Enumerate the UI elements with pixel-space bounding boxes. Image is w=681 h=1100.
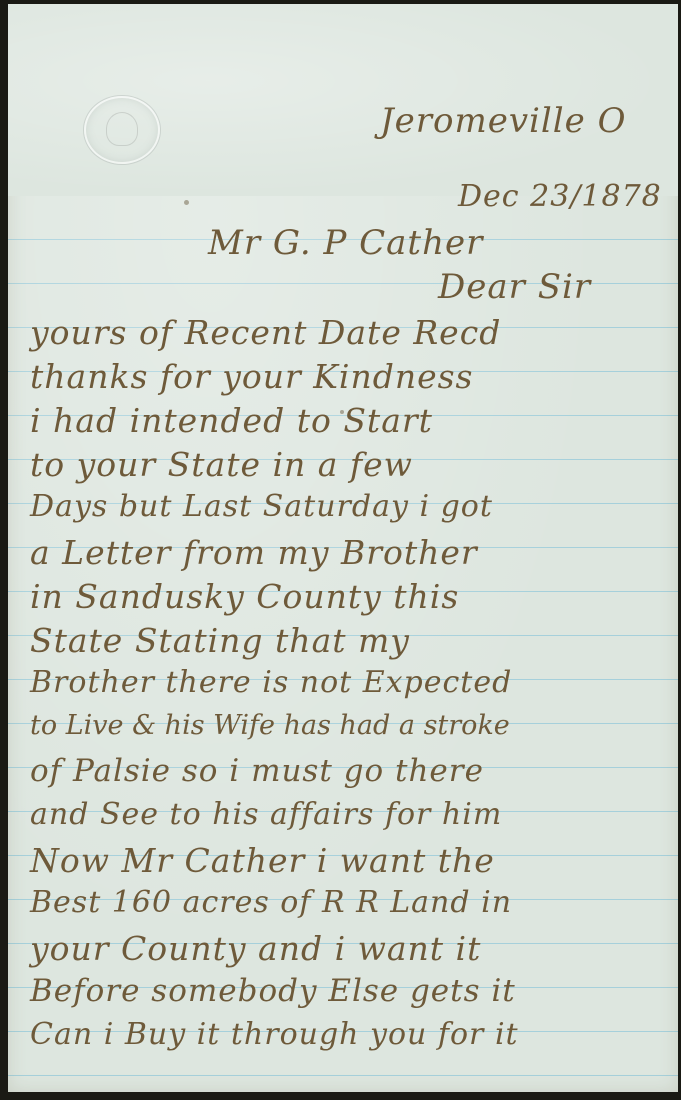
body-line: a Letter from my Brother bbox=[30, 536, 478, 569]
letter-date: Dec 23/1878 bbox=[458, 182, 662, 212]
body-line: to Live & his Wife has had a stroke bbox=[30, 712, 510, 739]
body-line: of Palsie so i must go there bbox=[30, 756, 484, 787]
ink-spot bbox=[184, 200, 189, 205]
body-line: Now Mr Cather i want the bbox=[30, 844, 495, 877]
letter-place: Jeromeville O bbox=[380, 104, 626, 138]
body-line: thanks for your Kindness bbox=[30, 360, 473, 393]
letter-recipient: Mr G. P Cather bbox=[208, 226, 483, 260]
body-line: and See to his affairs for him bbox=[30, 800, 502, 830]
body-line: State Stating that my bbox=[30, 624, 410, 657]
body-line: to your State in a few bbox=[30, 448, 413, 481]
ink-spot bbox=[340, 410, 344, 414]
body-line: Can i Buy it through you for it bbox=[30, 1020, 519, 1050]
body-line: Before somebody Else gets it bbox=[30, 976, 516, 1007]
body-line: Days but Last Saturday i got bbox=[30, 492, 493, 522]
body-line: yours of Recent Date Recd bbox=[30, 316, 501, 349]
letter-greeting: Dear Sir bbox=[438, 270, 591, 304]
body-line: i had intended to Start bbox=[30, 404, 433, 437]
body-line: your County and i want it bbox=[30, 932, 481, 965]
body-line: Brother there is not Expected bbox=[30, 668, 512, 698]
body-line: in Sandusky County this bbox=[30, 580, 459, 613]
body-line: Best 160 acres of R R Land in bbox=[30, 888, 512, 918]
letter-paper: Jeromeville O Dec 23/1878 Mr G. P Cather… bbox=[8, 4, 678, 1092]
embossed-seal-icon bbox=[84, 96, 160, 164]
